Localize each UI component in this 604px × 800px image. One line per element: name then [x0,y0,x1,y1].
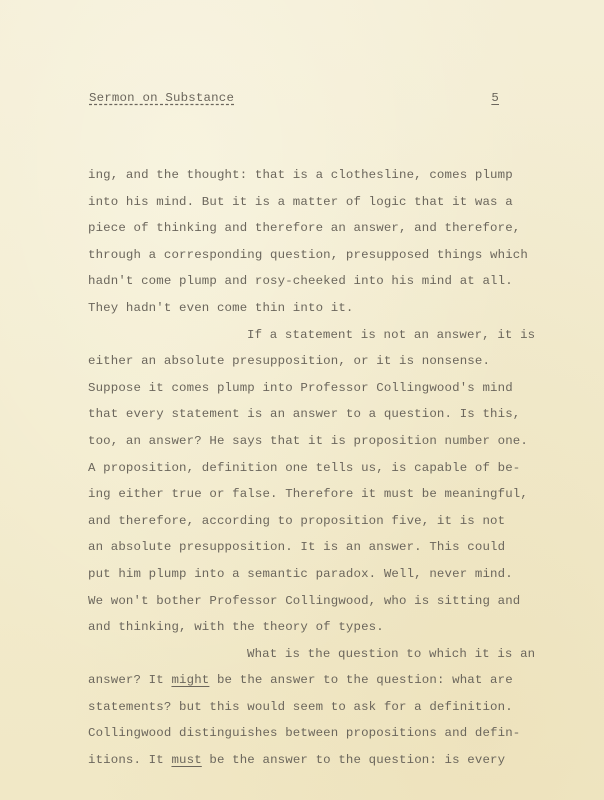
text-line: Suppose it comes plump into Professor Co… [88,375,528,402]
underlined-word-must: must [171,753,201,767]
text-line: an absolute presupposition. It is an ans… [88,534,528,561]
text-line: A proposition, definition one tells us, … [88,455,528,482]
underlined-word-might: might [171,673,209,687]
page-header: Sermon on Substance 5 [89,91,499,107]
text-segment: be the answer to the question: is every [202,753,505,767]
text-line: ing either true or false. Therefore it m… [88,481,528,508]
document-title: Sermon on Substance [89,91,234,105]
paragraph-start-line: If a statement is not an answer, it is [88,322,528,349]
text-line: and thinking, with the theory of types. [88,614,528,641]
text-line: statements? but this would seem to ask f… [88,694,528,721]
text-line: and therefore, according to proposition … [88,508,528,535]
text-line: Collingwood distinguishes between propos… [88,720,528,747]
text-line: itions. It must be the answer to the que… [88,747,528,774]
paragraph-start-line: What is the question to which it is an [88,641,528,668]
text-line: that every statement is an answer to a q… [88,401,528,428]
text-segment: be the answer to the question: what are [209,673,512,687]
text-line: answer? It might be the answer to the qu… [88,667,528,694]
text-line: We won't bother Professor Collingwood, w… [88,588,528,615]
text-line: too, an answer? He says that it is propo… [88,428,528,455]
text-segment: answer? It [88,673,171,687]
body-text: ing, and the thought: that is a clothesl… [88,162,528,774]
text-line: hadn't come plump and rosy-cheeked into … [88,268,528,295]
text-line: into his mind. But it is a matter of log… [88,189,528,216]
text-segment: itions. It [88,753,171,767]
text-line: They hadn't even come thin into it. [88,295,528,322]
text-line: piece of thinking and therefore an answe… [88,215,528,242]
text-line: either an absolute presupposition, or it… [88,348,528,375]
text-line: ing, and the thought: that is a clothesl… [88,162,528,189]
text-line: through a corresponding question, presup… [88,242,528,269]
page-number: 5 [491,91,499,105]
text-line: put him plump into a semantic paradox. W… [88,561,528,588]
